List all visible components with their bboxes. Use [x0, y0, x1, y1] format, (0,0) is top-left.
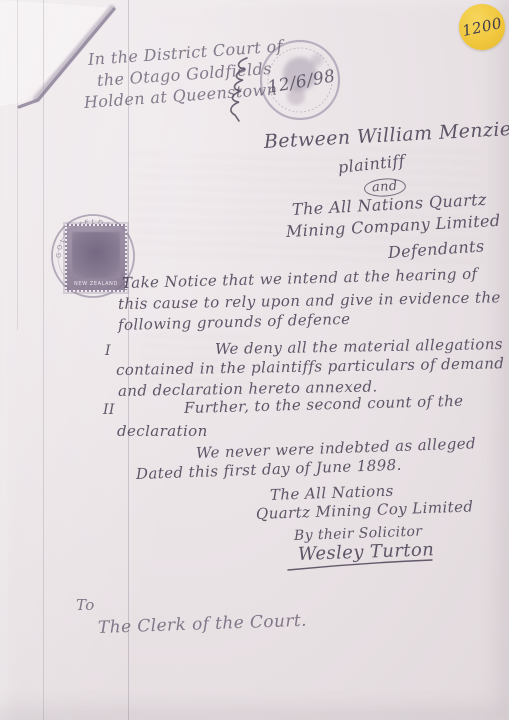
ground-2-line-1: Further, to the second count of the: [184, 394, 464, 416]
document-photo: GOLD FIELDS DISTRICT NEW ZEALAND 1200 In…: [0, 0, 509, 720]
between-line: Between William Menzies: [264, 120, 509, 152]
ground-2-numeral: II: [103, 403, 115, 417]
defendants-label: Defendants: [387, 238, 485, 261]
filing-date-handwritten: 12/6/98: [267, 68, 337, 97]
footer-to-label: To: [76, 598, 95, 613]
plaintiff-label: plaintiff: [337, 153, 406, 176]
solicitor-signature: Wesley Turton: [298, 541, 435, 564]
notice-line-3: following grounds of defence: [118, 312, 351, 333]
revenue-stamp-country: NEW ZEALAND: [67, 281, 125, 287]
ground-1-numeral: I: [105, 344, 111, 358]
revenue-stamp-design: [72, 232, 120, 278]
fold-line-left: [43, 0, 44, 720]
dated-line: Dated this first day of June 1898.: [136, 458, 402, 482]
ground-1-line-2: contained in the plaintiffs particulars …: [116, 356, 505, 378]
revenue-stamp: NEW ZEALAND: [65, 224, 127, 292]
catalog-number-sticker: 1200: [459, 4, 505, 50]
notice-line-1: Take Notice that we intend at the hearin…: [122, 267, 478, 291]
clerk-of-court-line: The Clerk of the Court.: [98, 613, 307, 637]
fold-line-edge: [17, 0, 18, 330]
catalog-number: 1200: [460, 14, 503, 40]
notice-line-2: this cause to rely upon and give in evid…: [118, 290, 501, 312]
ground-2-line-2: declaration: [117, 424, 208, 439]
